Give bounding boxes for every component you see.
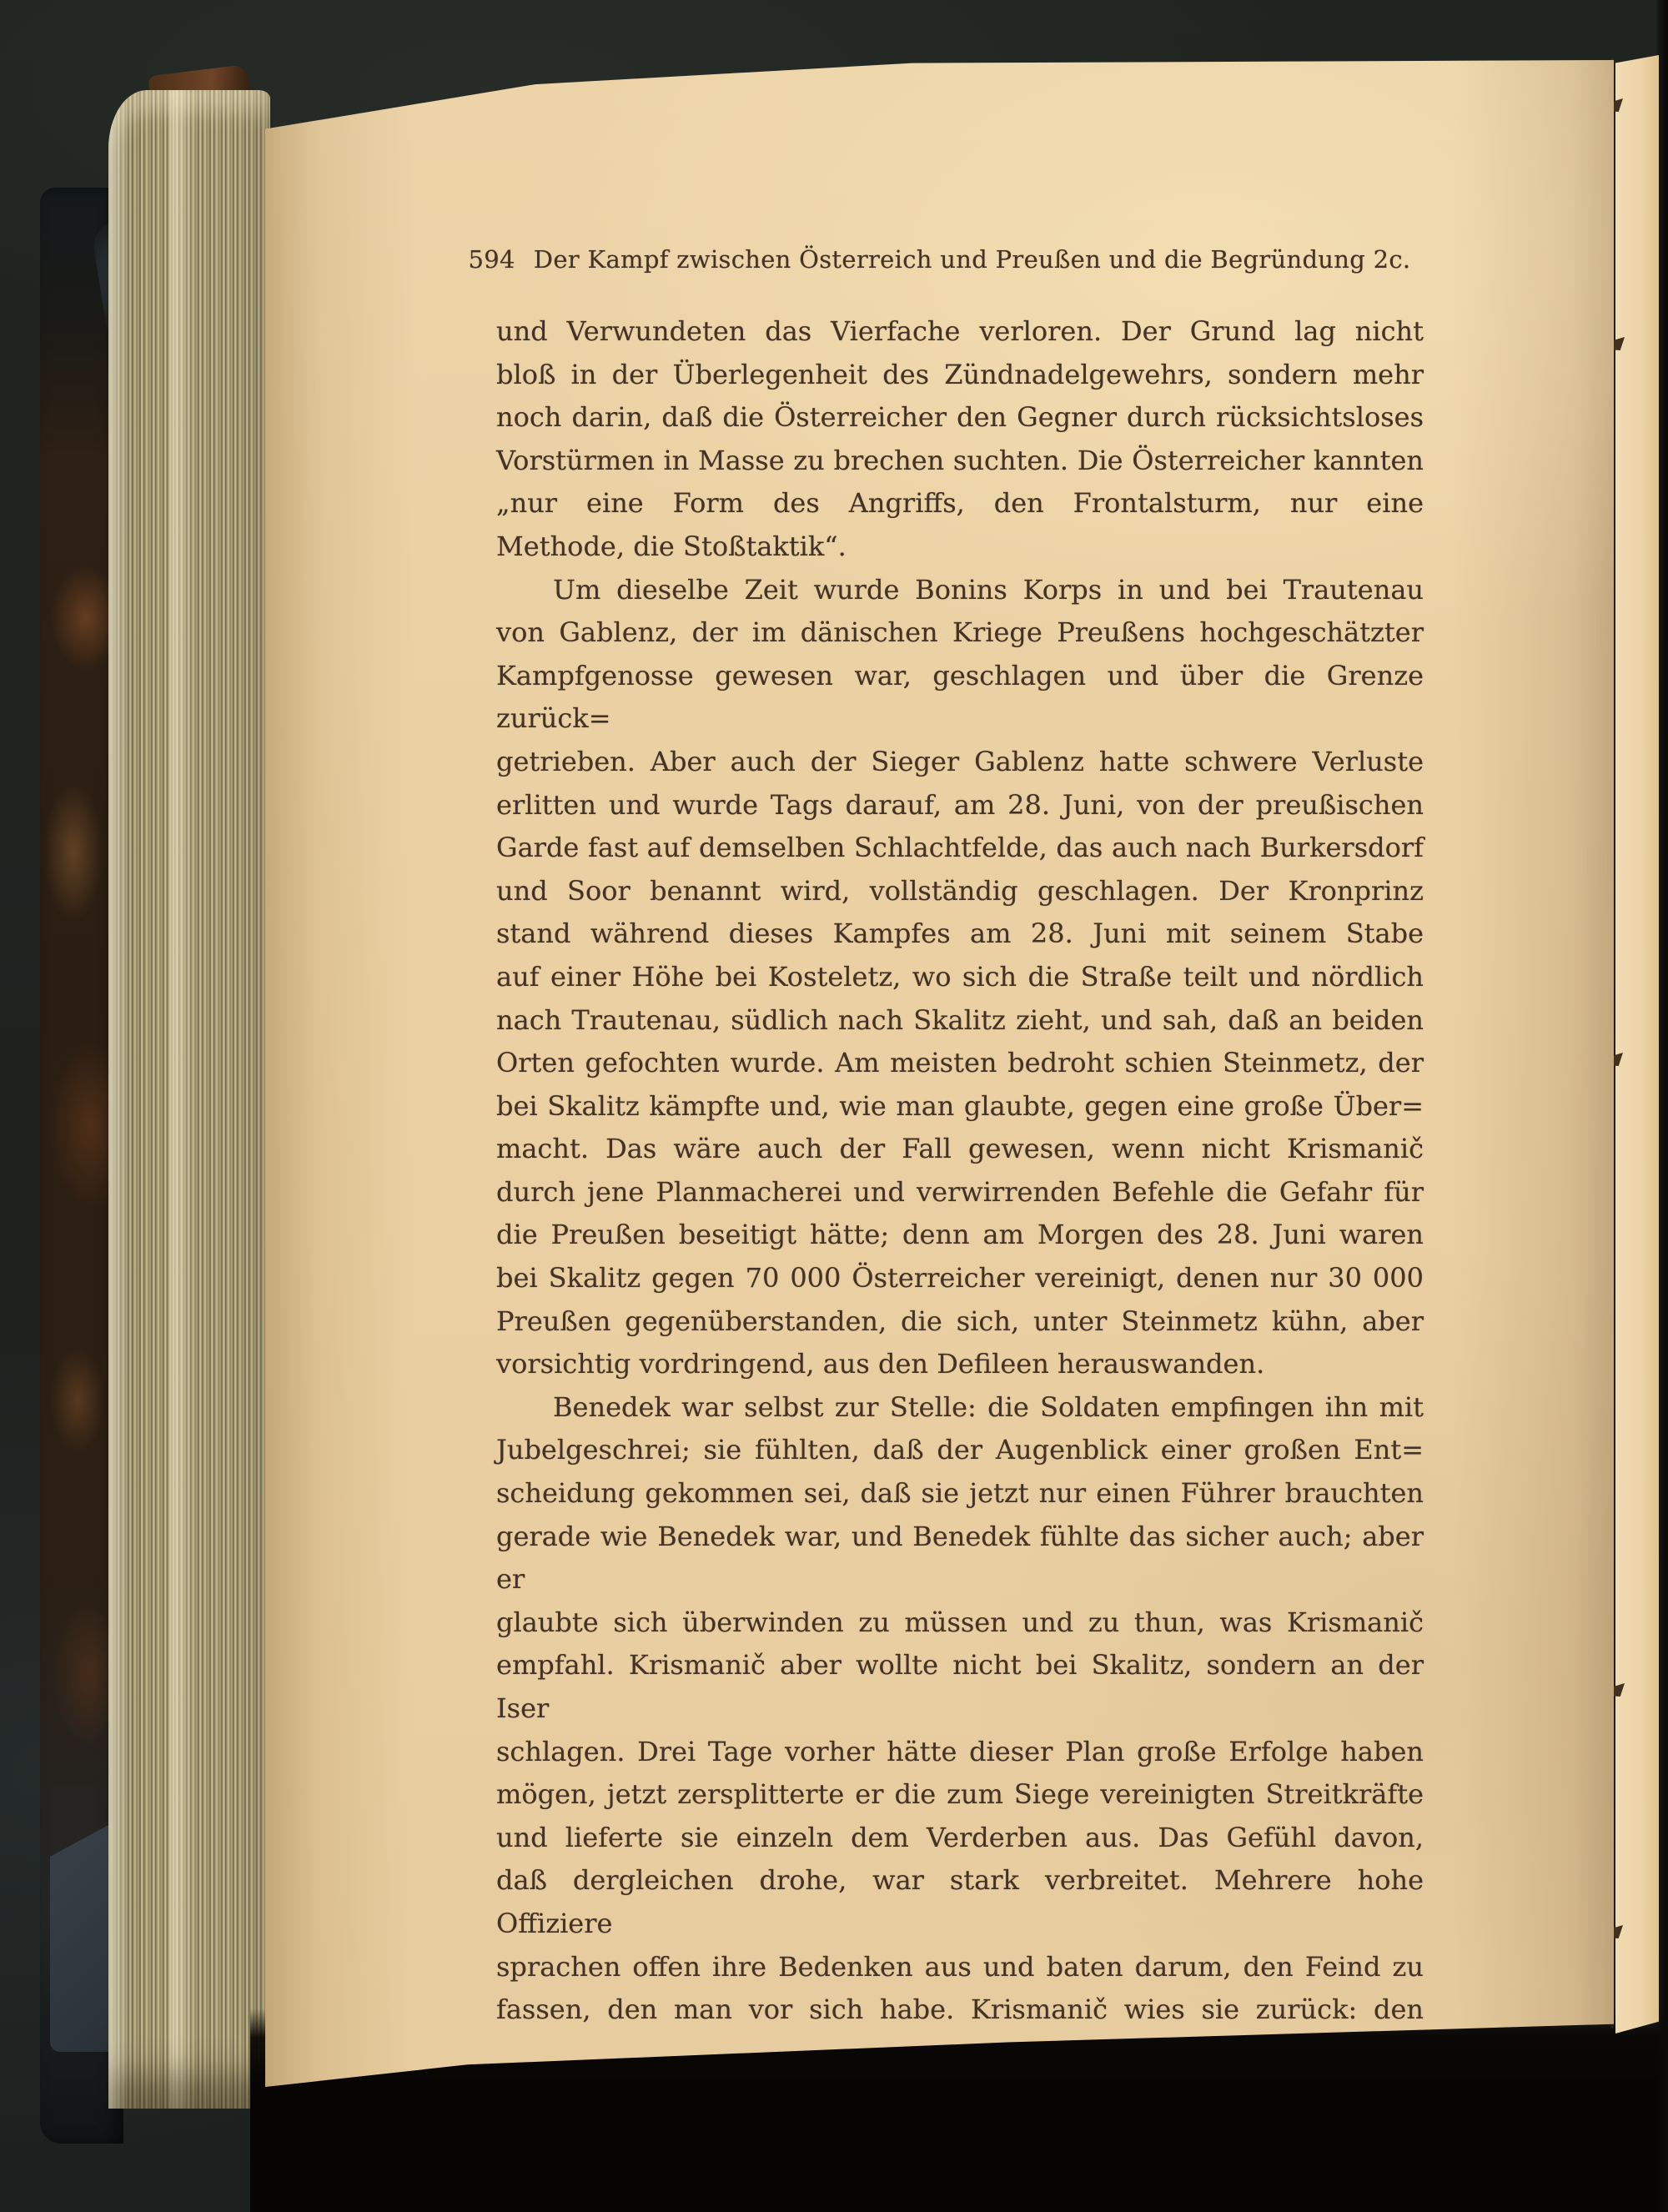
- text-line: fassen, den man vor sich habe. Krismanič…: [496, 1988, 1424, 2032]
- next-page-edge: [1615, 55, 1659, 2034]
- text-line: Um dieselbe Zeit wurde Bonins Korps in u…: [496, 569, 1424, 612]
- text-line: nach Trautenau, südlich nach Skalitz zie…: [496, 999, 1424, 1043]
- open-book-page: 594 Der Kampf zwischen Österreich und Pr…: [265, 60, 1614, 2087]
- page-number: 594: [469, 245, 515, 274]
- text-line: „nur eine Form des Angriffs, den Frontal…: [496, 482, 1424, 525]
- paragraph: und Verwundeten das Vierfache verloren. …: [496, 310, 1424, 569]
- text-line: von Gablenz, der im dänischen Kriege Pre…: [496, 611, 1424, 655]
- text-line: gerade wie Benedek war, und Benedek fühl…: [496, 1516, 1424, 1601]
- body-text: und Verwundeten das Vierfache verloren. …: [496, 310, 1424, 2032]
- paragraph: Um dieselbe Zeit wurde Bonins Korps in u…: [496, 569, 1424, 1386]
- text-line: schlagen. Drei Tage vorher hätte dieser …: [496, 1731, 1424, 1774]
- paragraph: Benedek war selbst zur Stelle: die Solda…: [496, 1386, 1424, 2032]
- text-line: Benedek war selbst zur Stelle: die Solda…: [496, 1386, 1424, 1430]
- text-line: stand während dieses Kampfes am 28. Juni…: [496, 912, 1424, 956]
- text-line: und lieferte sie einzeln dem Verderben a…: [496, 1817, 1424, 1860]
- text-line: bei Skalitz kämpfte und, wie man glaubte…: [496, 1085, 1424, 1129]
- text-line: und Verwundeten das Vierfache verloren. …: [496, 310, 1424, 354]
- text-line: und Soor benannt wird, vollständig gesch…: [496, 870, 1424, 913]
- text-line: noch darin, daß die Österreicher den Geg…: [496, 396, 1424, 440]
- text-line: Kampfgenosse gewesen war, geschlagen und…: [496, 655, 1424, 741]
- text-line: bloß in der Überlegenheit des Zündnadelg…: [496, 354, 1424, 397]
- text-line: getrieben. Aber auch der Sieger Gablenz …: [496, 741, 1424, 784]
- text-line: vorsichtig vordringend, aus den Defileen…: [496, 1343, 1424, 1386]
- text-line: Jubelgeschrei; sie fühlten, daß der Auge…: [496, 1429, 1424, 1472]
- text-line: die Preußen beseitigt hätte; denn am Mor…: [496, 1214, 1424, 1257]
- text-line: macht. Das wäre auch der Fall gewesen, w…: [496, 1128, 1424, 1171]
- text-line: Preußen gegenüberstanden, die sich, unte…: [496, 1300, 1424, 1344]
- text-line: Orten gefochten wurde. Am meisten bedroh…: [496, 1042, 1424, 1085]
- text-line: Vorstürmen in Masse zu brechen suchten. …: [496, 440, 1424, 483]
- text-line: Methode, die Stoßtaktik“.: [496, 525, 1424, 569]
- text-line: bei Skalitz gegen 70 000 Österreicher ve…: [496, 1257, 1424, 1300]
- text-line: mögen, jetzt zersplitterte er die zum Si…: [496, 1773, 1424, 1817]
- text-line: sprachen offen ihre Bedenken aus und bat…: [496, 1946, 1424, 1989]
- running-title: Der Kampf zwischen Österreich und Preuße…: [534, 245, 1411, 274]
- stacked-page-edges: [108, 90, 270, 2109]
- text-line: glaubte sich überwinden zu müssen und zu…: [496, 1601, 1424, 1645]
- text-line: erlitten und wurde Tags darauf, am 28. J…: [496, 784, 1424, 827]
- text-line: empfahl. Krismanič aber wollte nicht bei…: [496, 1644, 1424, 1730]
- text-line: auf einer Höhe bei Kosteletz, wo sich di…: [496, 956, 1424, 999]
- photograph-of-open-book: 594 Der Kampf zwischen Österreich und Pr…: [0, 0, 1668, 2212]
- running-head: 594 Der Kampf zwischen Österreich und Pr…: [265, 245, 1614, 274]
- text-line: daß dergleichen drohe, war stark verbrei…: [496, 1859, 1424, 1945]
- text-line: durch jene Planmacherei und verwirrenden…: [496, 1171, 1424, 1214]
- text-line: Garde fast auf demselben Schlachtfelde, …: [496, 827, 1424, 870]
- text-line: scheidung gekommen sei, daß sie jetzt nu…: [496, 1472, 1424, 1516]
